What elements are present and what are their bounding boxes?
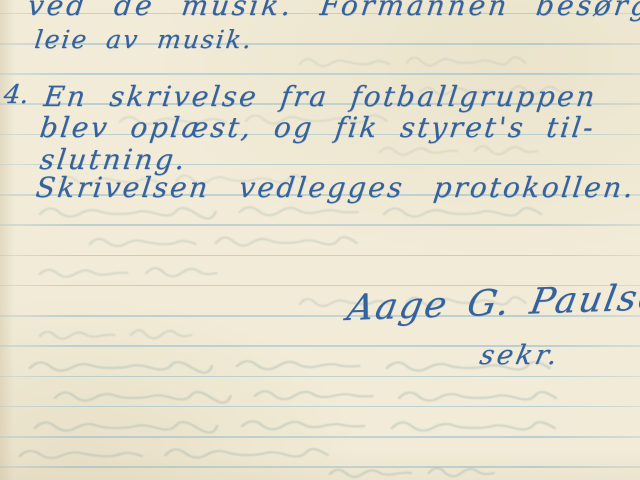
item-4-line-1: En skrivelse fra fotballgruppen xyxy=(42,80,599,113)
bleedthrough-writing xyxy=(0,0,640,480)
signature-role: sekr. xyxy=(477,340,563,371)
notebook-page: ved de musik. Formannen besørger leie av… xyxy=(0,0,640,480)
text-line-leie-av-musik: leie av musik. xyxy=(33,25,255,54)
rule-line xyxy=(0,376,640,378)
rule-line xyxy=(0,406,640,408)
rule-line xyxy=(0,466,640,468)
item-4-line-4: Skrivelsen vedlegges protokollen. xyxy=(34,171,637,204)
rule-line xyxy=(0,436,640,438)
item-4-line-2: blev oplæst, og fik styret's til- xyxy=(38,111,597,144)
ruled-lines xyxy=(0,0,640,480)
rule-line xyxy=(0,224,640,226)
signature-name: Aage G. Paulsen xyxy=(344,276,640,329)
clipped-text-line-top: ved de musik. Formannen besørger xyxy=(26,0,640,22)
rule-line xyxy=(0,255,640,257)
rule-line xyxy=(0,73,640,75)
item-4-number: 4. xyxy=(2,80,30,110)
